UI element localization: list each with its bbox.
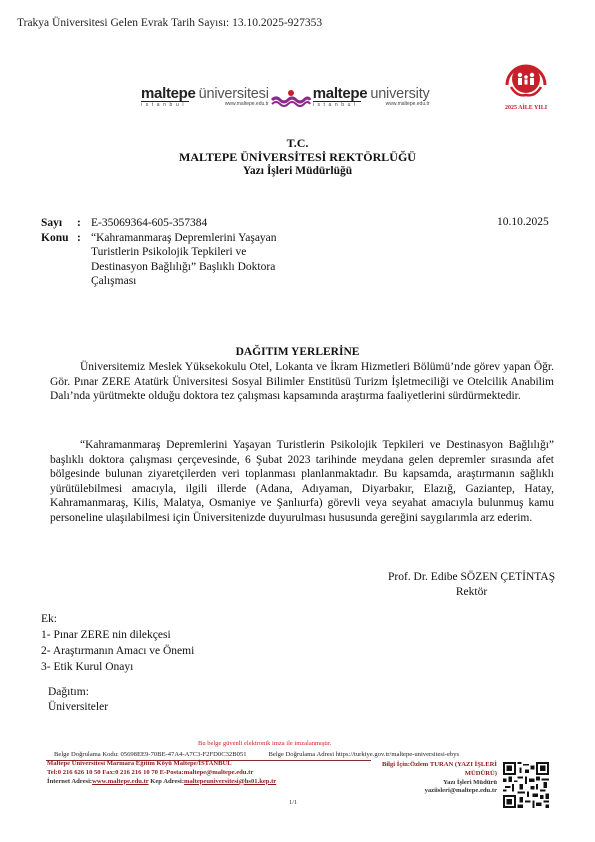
sayi-label: Sayı [41, 216, 77, 231]
attachments: Ek: 1- Pınar ZERE nin dilekçesi 2- Araşt… [41, 611, 194, 675]
attachment-item: 2- Araştırmanın Amacı ve Önemi [41, 643, 194, 659]
logo-wordmark-bold: maltepe [141, 87, 196, 101]
family-year-emblem-icon [503, 55, 549, 99]
signatory-name: Prof. Dr. Edibe SÖZEN ÇETİNTAŞ [388, 570, 555, 585]
footer-address: Maltepe Üniversitesi Marmara Eğitim Köyü… [47, 760, 276, 769]
heading-department: Yazı İşleri Müdürlüğü [0, 165, 595, 177]
attachment-item: 1- Pınar ZERE nin dilekçesi [41, 627, 194, 643]
verification-line: Belge Doğrulama Kodu: 05698EE9-70BE-47A4… [54, 751, 574, 758]
heading-rectorate: MALTEPE ÜNİVERSİTESİ REKTÖRLÜĞÜ [0, 150, 595, 165]
heading-tc: T.C. [0, 136, 595, 151]
distribution-label: Dağıtım: [48, 685, 108, 700]
incoming-document-stamp: Trakya Üniversitesi Gelen Evrak Tarih Sa… [17, 17, 322, 29]
info-contact-cont: MÜDÜRÜ) [372, 770, 497, 779]
logo-turkish: maltepe üniversitesi istanbul www.maltep… [141, 87, 269, 108]
paragraph-text: Üniversitemiz Meslek Yüksekokulu Otel, L… [50, 361, 554, 402]
footer-phone-email: Tel:0 216 626 10 50 Fax:0 216 216 10 70 … [47, 769, 276, 778]
university-logo-banner: maltepe üniversitesi istanbul www.maltep… [141, 84, 430, 108]
logo-url: www.maltepe.edu.tr [225, 101, 269, 108]
konu-value: “Kahramanmaraş Depremlerini Yaşayan Turi… [91, 231, 306, 289]
document-date: 10.10.2025 [497, 216, 549, 228]
web-link[interactable]: www.maltepe.edu.tr [92, 778, 148, 785]
info-email: yaziisleri@maltepe.edu.tr [372, 787, 497, 796]
info-contact: Bilgi İçin:Özlem TURAN (YAZI İŞLERİ [372, 761, 497, 770]
footer-contact: Maltepe Üniversitesi Marmara Eğitim Köyü… [47, 760, 276, 786]
attachment-item: 3- Etik Kurul Onayı [41, 659, 194, 675]
logo-wordmark-light: university [370, 87, 429, 101]
paragraph-text: “Kahramanmaraş Depremlerini Yaşayan Turi… [50, 439, 554, 524]
document-meta: Sayı : E-35069364-605-357384 Konu : “Kah… [41, 216, 306, 289]
e-signature-notice: Bu belge güvenli elektronik imza ile imz… [198, 740, 331, 747]
logo-url: www.maltepe.edu.tr [386, 101, 430, 108]
signatory-title: Rektör [388, 585, 555, 600]
logo-wordmark-bold: maltepe [313, 87, 368, 101]
maltepe-emblem-icon [270, 88, 312, 108]
signature-block: Prof. Dr. Edibe SÖZEN ÇETİNTAŞ Rektör [388, 570, 555, 599]
colon: : [77, 231, 91, 289]
kep-label: Kep Adresi: [150, 778, 184, 785]
verification-address[interactable]: Belge Doğrulama Adresi https://turkiye.g… [269, 751, 460, 758]
info-title: Yazı İşleri Müdürü [372, 779, 497, 788]
recipient-title: DAĞITIM YERLERİNE [0, 346, 595, 358]
qr-code-icon [503, 762, 549, 808]
attachments-label: Ek: [41, 611, 194, 627]
kep-link[interactable]: maltepeuniversitesi@hs01.kep.tr [184, 778, 276, 785]
web-label: İnternet Adresi: [47, 778, 92, 785]
logo-city: istanbul [141, 101, 189, 108]
body-paragraph-2: “Kahramanmaraş Depremlerini Yaşayan Turi… [50, 438, 554, 525]
distribution: Dağıtım: Üniversiteler [48, 685, 108, 715]
sayi-value: E-35069364-605-357384 [91, 216, 306, 231]
logo-english: maltepe university istanbul www.maltepe.… [313, 87, 430, 108]
footer-info: Bilgi İçin:Özlem TURAN (YAZI İŞLERİ MÜDÜ… [372, 761, 497, 796]
family-year-label: 2025 AİLE YILI [500, 105, 552, 111]
logo-city: istanbul [313, 101, 361, 108]
page-number: 1/1 [289, 799, 297, 806]
verification-code: Belge Doğrulama Kodu: 05698EE9-70BE-47A4… [54, 751, 247, 758]
konu-label: Konu [41, 231, 77, 289]
distribution-value: Üniversiteler [48, 700, 108, 715]
family-year-badge: 2025 AİLE YILI [500, 55, 552, 111]
logo-wordmark-light: üniversitesi [199, 87, 269, 101]
body-paragraph-1: Üniversitemiz Meslek Yüksekokulu Otel, L… [50, 360, 554, 404]
colon: : [77, 216, 91, 231]
